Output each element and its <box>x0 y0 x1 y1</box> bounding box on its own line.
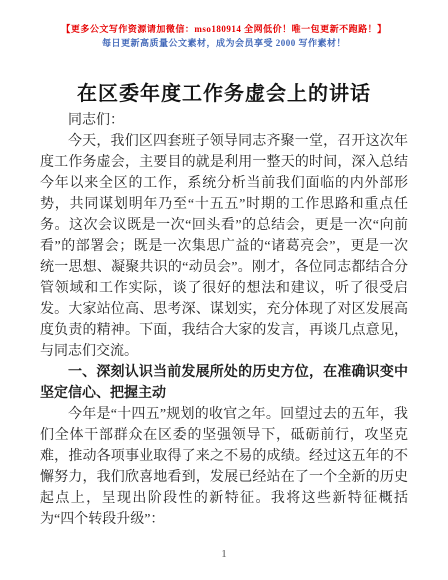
document-title: 在区委年度工作务虚会上的讲话 <box>0 82 448 106</box>
header-watermark: 【更多公文写作资源请加微信：mso180914 全网低价！唯一包更新不跑路！】 … <box>0 22 448 50</box>
watermark-line-red: 【更多公文写作资源请加微信：mso180914 全网低价！唯一包更新不跑路！】 <box>0 22 448 36</box>
page-number: 1 <box>0 548 448 560</box>
section-heading-1: 一、深刻认识当前发展所处的历史方位，在准确识变中坚定信心、把握主动 <box>40 362 408 404</box>
document-body: 同志们： 今天，我们区四套班子领导同志齐聚一堂，召开这次年度工作务虚会，主要目的… <box>40 110 408 530</box>
body-paragraph-section1: 今年是“十四五”规划的收官之年。回望过去的五年，我们全体干部群众在区委的坚强领导… <box>40 404 408 530</box>
body-paragraph-salutation: 同志们： <box>40 110 408 131</box>
document-page: 【更多公文写作资源请加微信：mso180914 全网低价！唯一包更新不跑路！】 … <box>0 0 448 580</box>
watermark-line-blue: 每日更新高质量公文素材，成为会员享受 2000 写作素材！ <box>0 36 448 50</box>
body-paragraph-intro: 今天，我们区四套班子领导同志齐聚一堂，召开这次年度工作务虚会，主要目的就是利用一… <box>40 131 408 362</box>
